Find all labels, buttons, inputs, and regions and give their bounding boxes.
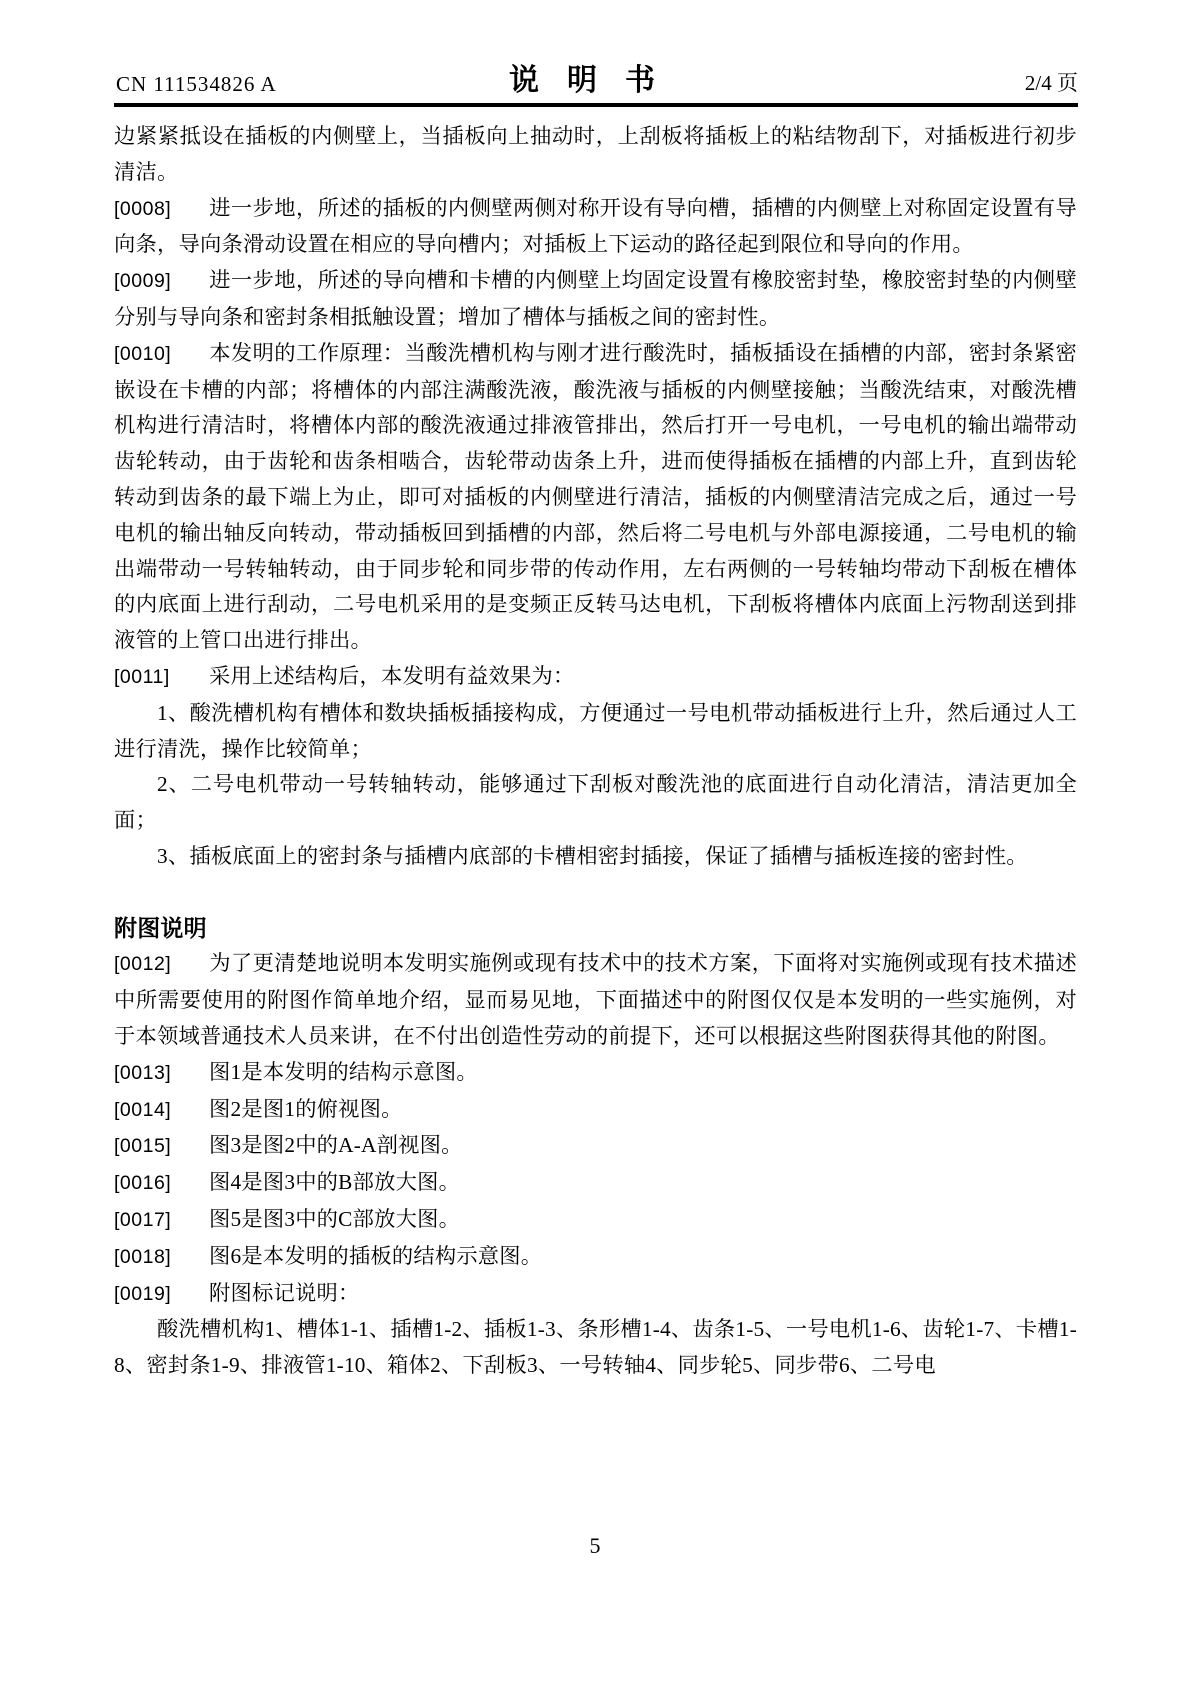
paragraph-text: 边紧紧抵设在插板的内侧壁上，当插板向上抽动时，上刮板将插板上的粘结物刮下，对插板… (114, 124, 1077, 184)
paragraph-text: 图2是图1的俯视图。 (209, 1097, 403, 1121)
page-footer: 5 (0, 1533, 1190, 1559)
paragraph: [0015]图3是图2中的A-A剖视图。 (114, 1128, 1077, 1165)
section-heading: 附图说明 (114, 911, 1077, 947)
paragraph: [0013]图1是本发明的结构示意图。 (114, 1055, 1077, 1092)
paragraph-text: 本发明的工作原理：当酸洗槽机构与刚才进行酸洗时，插板插设在插槽的内部，密封条紧密… (114, 341, 1077, 652)
paragraph-tag: [0019] (114, 1277, 209, 1313)
paragraph: 1、酸洗槽机构有槽体和数块插板插接构成，方便通过一号电机带动插板进行上升，然后通… (114, 696, 1077, 768)
paragraph-tag: [0017] (114, 1203, 209, 1239)
page-indicator: 2/4 页 (1025, 67, 1078, 97)
paragraph-text: 附图标记说明： (209, 1281, 359, 1305)
paragraph-text: 2、二号电机带动一号转轴转动，能够通过下刮板对酸洗池的底面进行自动化清洁，清洁更… (114, 772, 1077, 832)
paragraph-tag: [0009] (114, 264, 209, 300)
page-number: 5 (590, 1533, 601, 1558)
paragraph: 3、插板底面上的密封条与插槽内底部的卡槽相密封插接，保证了插槽与插板连接的密封性… (114, 839, 1077, 875)
paragraph-tag: [0018] (114, 1240, 209, 1276)
paragraph-text: 酸洗槽机构1、槽体1-1、插槽1-2、插板1-3、条形槽1-4、齿条1-5、一号… (114, 1317, 1077, 1377)
paragraph-text: 图5是图3中的C部放大图。 (209, 1207, 460, 1231)
paragraph-text: 采用上述结构后，本发明有益效果为： (209, 664, 574, 688)
paragraph-text: 进一步地，所述的导向槽和卡槽的内侧壁上均固定设置有橡胶密封垫，橡胶密封垫的内侧壁… (114, 268, 1077, 329)
paragraph: [0011]采用上述结构后，本发明有益效果为： (114, 659, 1077, 696)
paragraph-tag: [0010] (114, 337, 209, 373)
paragraph: [0010]本发明的工作原理：当酸洗槽机构与刚才进行酸洗时，插板插设在插槽的内部… (114, 336, 1077, 659)
paragraph-text: 图1是本发明的结构示意图。 (209, 1060, 478, 1084)
paragraph: [0018]图6是本发明的插板的结构示意图。 (114, 1239, 1077, 1276)
paragraph: [0008]进一步地，所述的插板的内侧壁两侧对称开设有导向槽，插槽的内侧壁上对称… (114, 191, 1077, 264)
paragraph-tag: [0012] (114, 947, 209, 983)
page-header: CN 111534826 A 说明书 2/4 页 (114, 64, 1078, 107)
document-body: 边紧紧抵设在插板的内侧壁上，当插板向上抽动时，上刮板将插板上的粘结物刮下，对插板… (114, 119, 1077, 1384)
paragraph-tag: [0016] (114, 1166, 209, 1202)
paragraph-text: 图6是本发明的插板的结构示意图。 (209, 1244, 542, 1268)
section-heading-text: 附图说明 (114, 915, 207, 941)
paragraph-tag: [0014] (114, 1093, 209, 1129)
paragraph: [0014]图2是图1的俯视图。 (114, 1092, 1077, 1129)
paragraph: [0009]进一步地，所述的导向槽和卡槽的内侧壁上均固定设置有橡胶密封垫，橡胶密… (114, 263, 1077, 336)
paragraph-tag: [0008] (114, 192, 209, 228)
paragraph: 酸洗槽机构1、槽体1-1、插槽1-2、插板1-3、条形槽1-4、齿条1-5、一号… (114, 1312, 1077, 1384)
paragraph-tag: [0011] (114, 660, 209, 696)
patent-specification-page: CN 111534826 A 说明书 2/4 页 边紧紧抵设在插板的内侧壁上，当… (0, 0, 1190, 1684)
document-title: 说明书 (509, 55, 683, 99)
paragraph-text: 图3是图2中的A-A剖视图。 (209, 1133, 463, 1157)
paragraph-text: 为了更清楚地说明本发明实施例或现有技术中的技术方案，下面将对实施例或现有技术描述… (114, 951, 1077, 1048)
paragraph-text: 1、酸洗槽机构有槽体和数块插板插接构成，方便通过一号电机带动插板进行上升，然后通… (114, 701, 1077, 761)
paragraph: [0016]图4是图3中的B部放大图。 (114, 1165, 1077, 1202)
paragraph: 2、二号电机带动一号转轴转动，能够通过下刮板对酸洗池的底面进行自动化清洁，清洁更… (114, 767, 1077, 839)
paragraph: 边紧紧抵设在插板的内侧壁上，当插板向上抽动时，上刮板将插板上的粘结物刮下，对插板… (114, 119, 1077, 191)
paragraph-tag: [0015] (114, 1129, 209, 1165)
document-number: CN 111534826 A (116, 72, 277, 97)
paragraph: [0017]图5是图3中的C部放大图。 (114, 1202, 1077, 1239)
paragraph-text: 进一步地，所述的插板的内侧壁两侧对称开设有导向槽，插槽的内侧壁上对称固定设置有导… (114, 196, 1077, 257)
paragraph-text: 图4是图3中的B部放大图。 (209, 1170, 460, 1194)
paragraph: [0012]为了更清楚地说明本发明实施例或现有技术中的技术方案，下面将对实施例或… (114, 946, 1077, 1054)
paragraph-text: 3、插板底面上的密封条与插槽内底部的卡槽相密封插接，保证了插槽与插板连接的密封性… (157, 844, 1028, 868)
paragraph-tag: [0013] (114, 1056, 209, 1092)
paragraph: [0019]附图标记说明： (114, 1276, 1077, 1313)
